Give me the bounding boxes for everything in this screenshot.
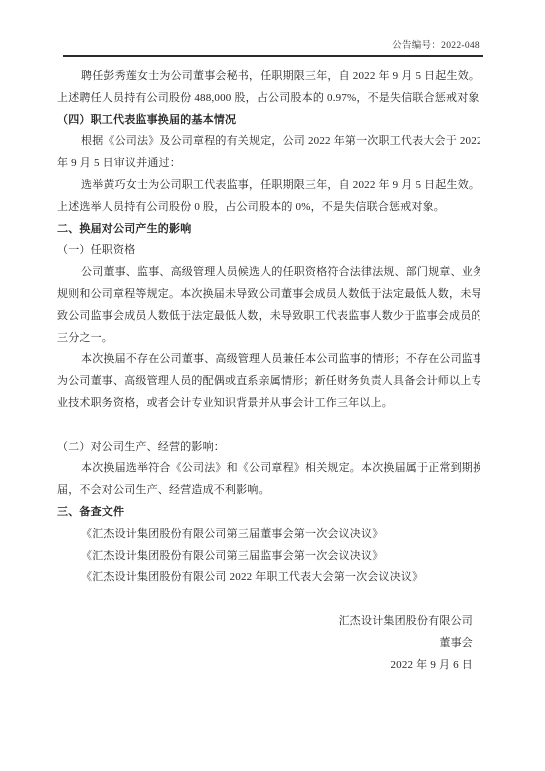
reference-document-item: 《汇杰设计集团股份有限公司第三届董事会第一次会议决议》 (57, 524, 480, 546)
reference-document-item: 《汇杰设计集团股份有限公司 2022 年职工代表大会第一次会议决议》 (57, 567, 480, 589)
document-page: 公告编号：2022-048 聘任彭秀莲女士为公司董事会秘书，任职期限三年，自 2… (0, 0, 545, 771)
paragraph-line: 上述聘任人员持有公司股份 488,000 股，占公司股本的 0.97%，不是失信… (57, 88, 480, 110)
blank-line (57, 415, 480, 437)
paragraph-line: 业技术职务资格，或者会计专业知识背景并从事会计工作三年以上。 (57, 393, 480, 415)
paragraph-line: 为公司董事、高级管理人员的配偶或直系亲属情形；新任财务负责人具备会计师以上专 (57, 371, 480, 393)
document-body: 聘任彭秀莲女士为公司董事会秘书，任职期限三年，自 2022 年 9 月 5 日起… (57, 66, 480, 676)
signature-issuer: 董事会 (57, 633, 480, 655)
signature-date: 2022 年 9 月 6 日 (57, 655, 480, 677)
paragraph-line: 根据《公司法》及公司章程的有关规定，公司 2022 年第一次职工代表大会于 20… (57, 131, 480, 153)
section-heading-impact: 二、换届对公司产生的影响 (57, 219, 480, 241)
paragraph-line: 规则和公司章程等规定。本次换届未导致公司董事会成员人数低于法定最低人数，未导 (57, 284, 480, 306)
section-heading-documents: 三、备查文件 (57, 502, 480, 524)
reference-document-item: 《汇杰设计集团股份有限公司第三届监事会第一次会议决议》 (57, 546, 480, 568)
subsection-heading-operation: （二）对公司生产、经营的影响： (57, 437, 480, 459)
paragraph-line: 上述选举人员持有公司股份 0 股，占公司股本的 0%，不是失信联合惩戒对象。 (57, 197, 480, 219)
paragraph-line: 三分之一。 (57, 328, 480, 350)
signature-company: 汇杰设计集团股份有限公司 (57, 611, 480, 633)
subsection-heading-qualification: （一）任职资格 (57, 240, 480, 262)
paragraph-line: 公司董事、监事、高级管理人员候选人的任职资格符合法律法规、部门规章、业务 (57, 262, 480, 284)
paragraph-line: 年 9 月 5 日审议并通过： (57, 153, 480, 175)
paragraph-line: 本次换届选举符合《公司法》和《公司章程》相关规定。本次换届属于正常到期换 (57, 458, 480, 480)
header-divider-line (63, 55, 483, 57)
blank-line (57, 589, 480, 611)
paragraph-line: 本次换届不存在公司董事、高级管理人员兼任本公司监事的情形；不存在公司监事 (57, 349, 480, 371)
section-heading-staff-supervisor: （四）职工代表监事换届的基本情况 (57, 110, 480, 132)
paragraph-line: 聘任彭秀莲女士为公司董事会秘书，任职期限三年，自 2022 年 9 月 5 日起… (57, 66, 480, 88)
paragraph-line: 届，不会对公司生产、经营造成不利影响。 (57, 480, 480, 502)
paragraph-line: 致公司监事会成员人数低于法定最低人数，未导致职工代表监事人数少于监事会成员的 (57, 306, 480, 328)
paragraph-line: 选举黄巧女士为公司职工代表监事，任职期限三年，自 2022 年 9 月 5 日起… (57, 175, 480, 197)
announcement-number: 公告编号：2022-048 (392, 37, 480, 51)
